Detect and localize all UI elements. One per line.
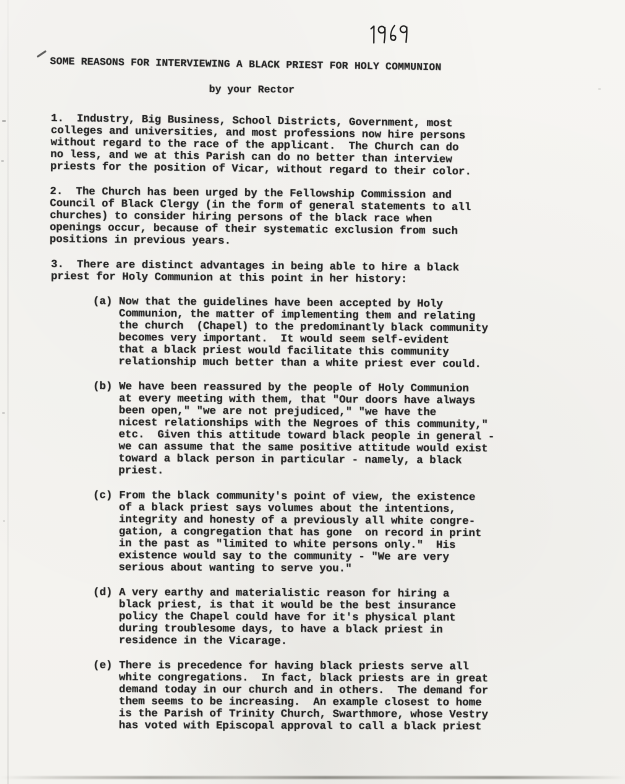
text-line: residence in the Vicarage.	[119, 635, 456, 648]
document-title: SOME REASONS FOR INTERVIEWING A BLACK PR…	[50, 57, 442, 74]
text-line: toward a black person in particular - na…	[118, 453, 494, 467]
item-text-e: There is precedence for having black pri…	[119, 660, 489, 733]
item-marker-e: (e)	[93, 660, 119, 672]
paragraph-3: 3. There are distinct advantages in bein…	[51, 259, 459, 287]
item-text-c: From the black community's point of view…	[119, 490, 482, 576]
handwritten-year-annotation: 1969	[366, 24, 413, 46]
scan-edge-left-shadow	[7, 0, 9, 784]
scan-speck	[2, 120, 6, 122]
item-text-a: Now that the guidelines have been accept…	[118, 296, 488, 371]
item-marker-a: (a)	[93, 296, 119, 308]
scan-edge-bottom-line	[0, 776, 625, 779]
paragraph-1: 1. Industry, Big Business, School Distri…	[50, 113, 472, 179]
paragraph-2: 2. The Church has been urged by the Fell…	[49, 186, 471, 250]
list-item-a: (a) Now that the guidelines have been ac…	[92, 296, 488, 371]
document-page: 1969 SOME REASONS FOR INTERVIEWING A BLA…	[0, 0, 625, 784]
item-text-d: A very earthy and materialistic reason f…	[119, 587, 456, 648]
scan-speck	[598, 88, 601, 90]
document-byline: by your Rector	[209, 85, 295, 97]
item-marker-c: (c)	[93, 490, 119, 502]
item-marker-b: (b)	[93, 381, 119, 393]
scan-speck	[3, 520, 5, 522]
text-line: has voted with Episcopal approval to cal…	[119, 720, 488, 733]
item-marker-d: (d)	[93, 587, 119, 599]
list-item-d: (d) A very earthy and materialistic reas…	[93, 587, 456, 649]
text-line: priest for Holy Communion at this point …	[51, 271, 459, 287]
text-line: priest.	[118, 465, 494, 479]
text-line: relationship much better than a white pr…	[118, 356, 487, 371]
item-text-b: We have been reassured by the people of …	[118, 381, 494, 479]
scan-speck	[1, 160, 4, 162]
list-item-c: (c) From the black community's point of …	[93, 490, 482, 576]
text-line: serious about wanting to serve you."	[119, 562, 482, 576]
scan-speck	[2, 412, 5, 414]
handwritten-tick-mark	[36, 50, 46, 57]
list-item-e: (e) There is precedence for having black…	[93, 660, 489, 733]
list-item-b: (b) We have been reassured by the people…	[92, 381, 494, 479]
